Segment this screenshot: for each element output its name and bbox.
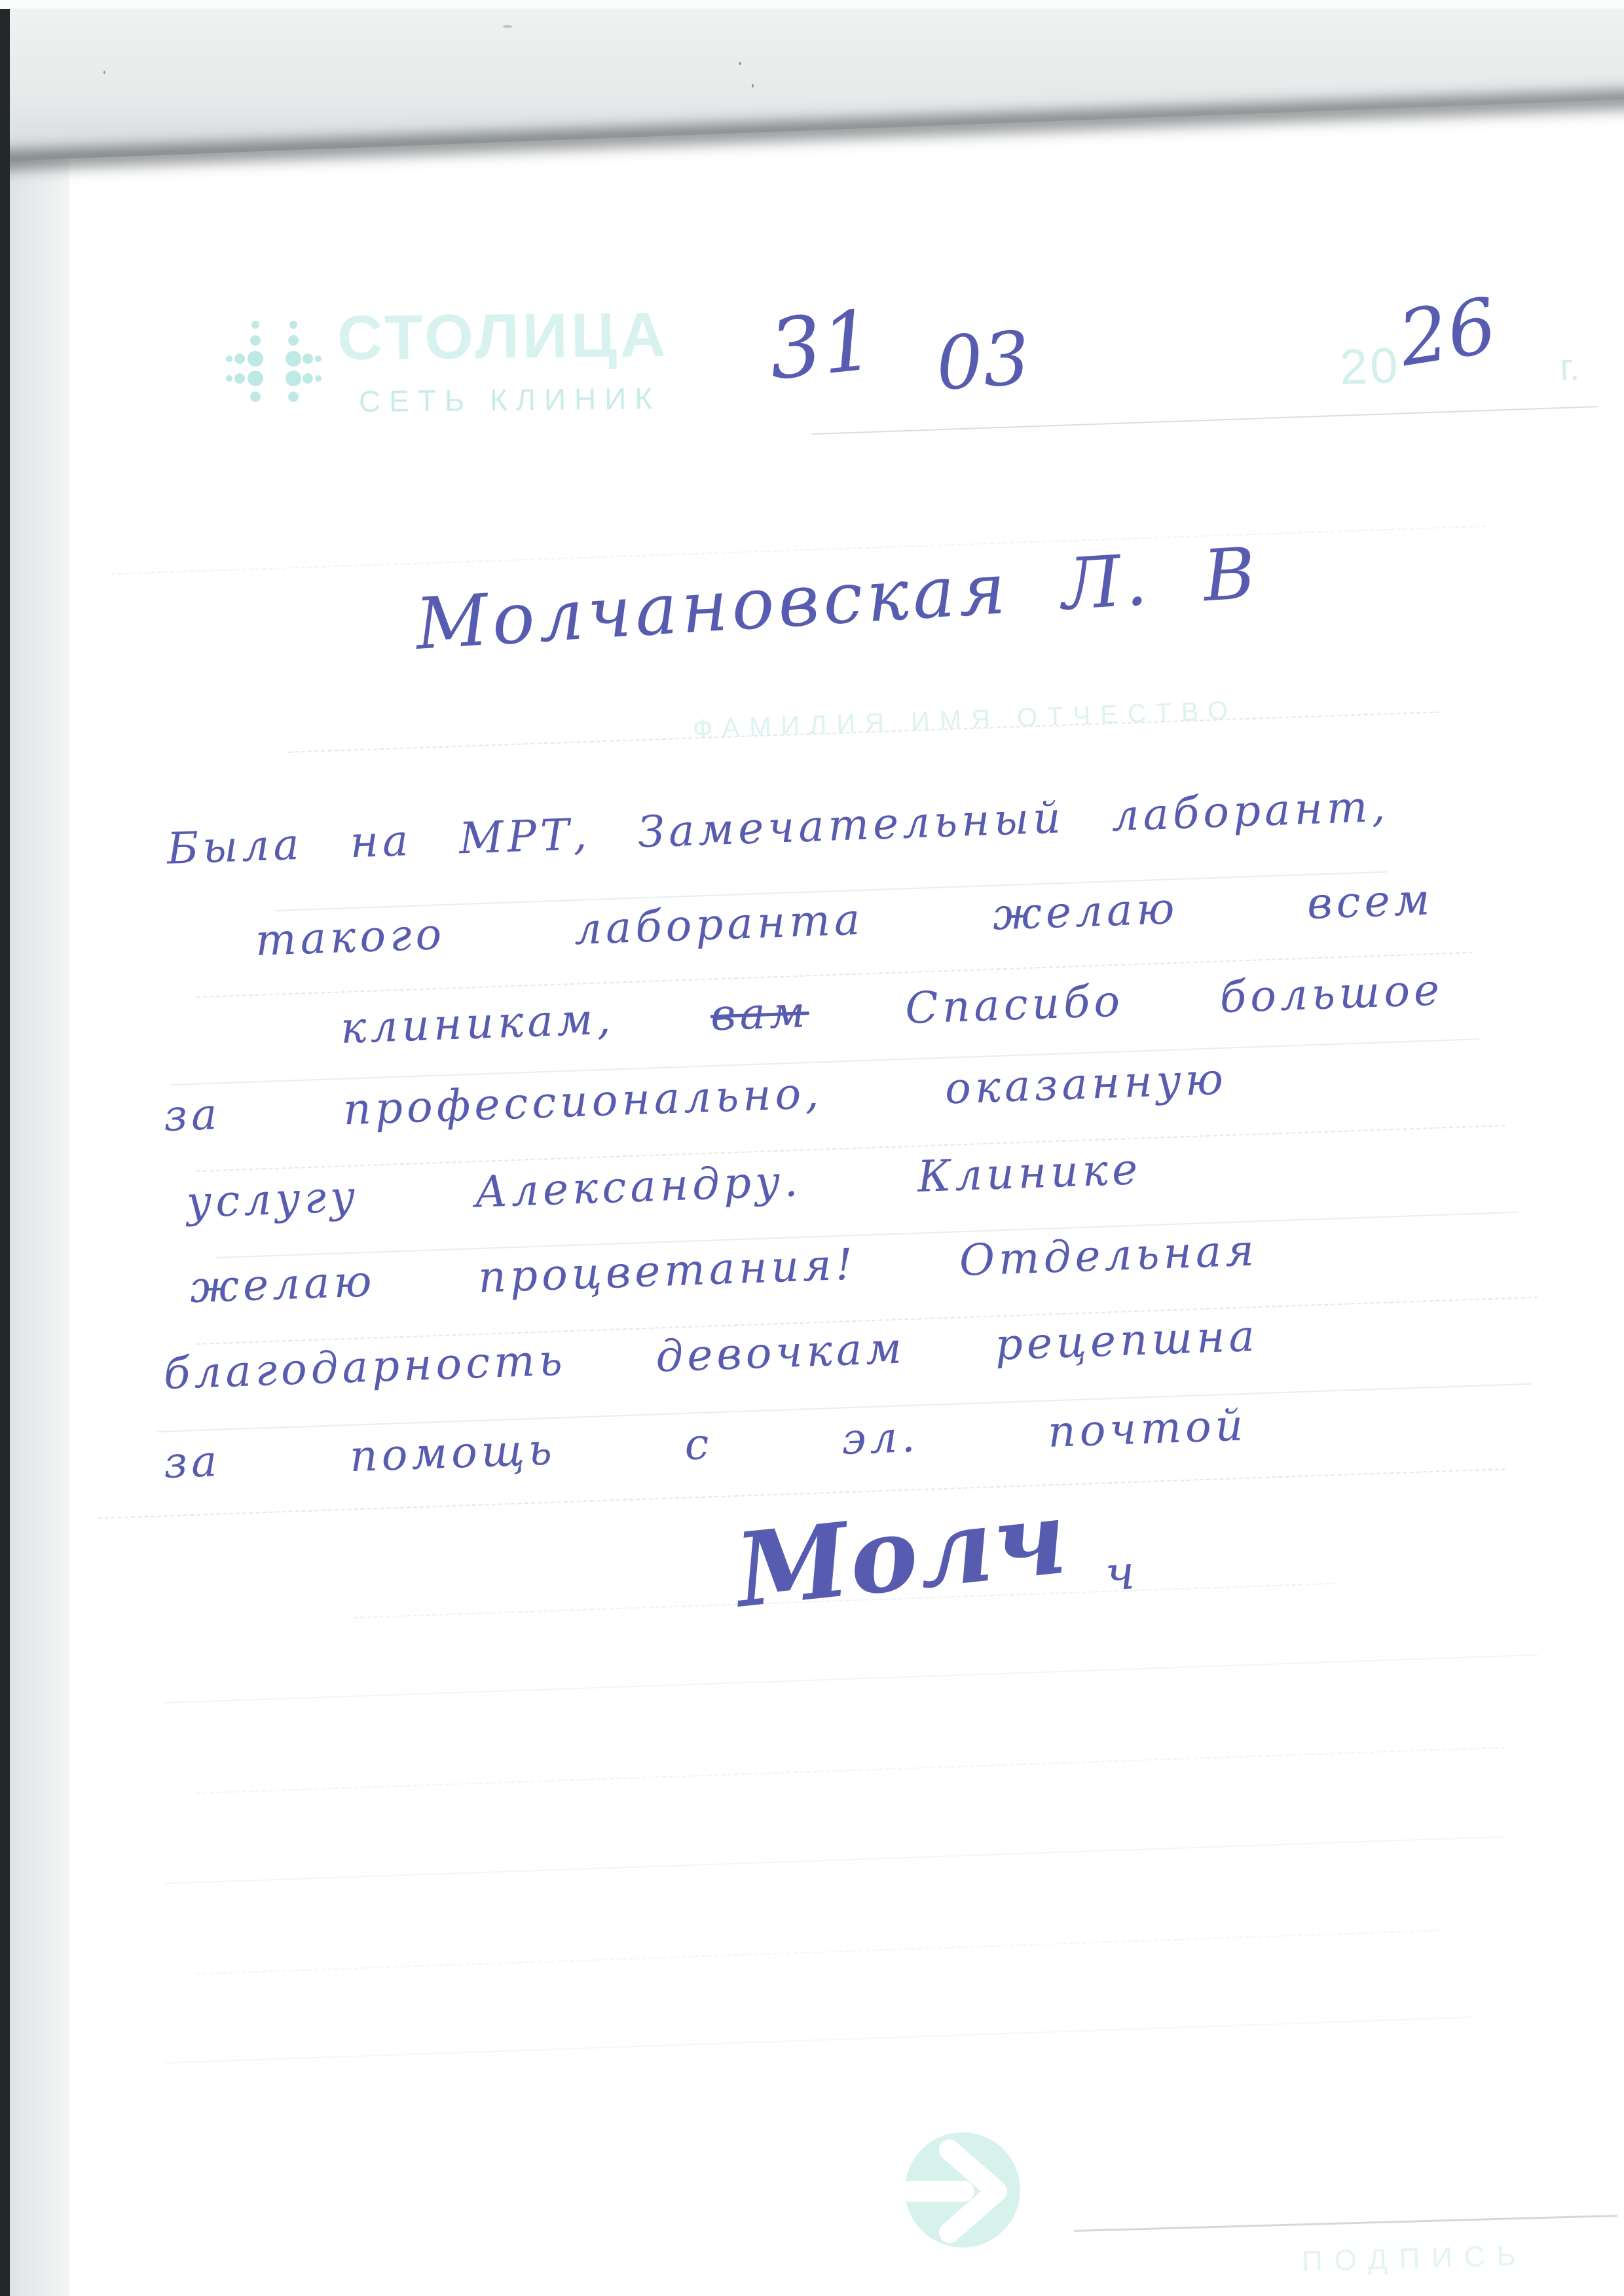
ruled-line xyxy=(164,1654,1538,1704)
brand-dots-cross-icon xyxy=(221,313,326,411)
scanner-lid-strip xyxy=(0,0,1624,9)
date-year-handwritten: 26 xyxy=(1393,282,1502,384)
scan-speckle xyxy=(103,71,105,74)
ruled-line xyxy=(164,1836,1505,1884)
review-line: благодарность девочкам рецепшна xyxy=(163,1311,1259,1399)
scan-dark-edge xyxy=(0,9,10,2296)
review-line-part: Спасибо большое xyxy=(904,964,1444,1034)
review-line-part: клиникам, xyxy=(340,993,616,1053)
scan-speckle xyxy=(503,25,512,28)
scan-speckle xyxy=(752,84,754,88)
patient-name-handwritten: Молчановская Л. В xyxy=(413,532,1262,666)
scanned-feedback-form: { "header": { "brand": "СТОЛИЦА", "brand… xyxy=(0,0,1624,2296)
brand-subtitle: СЕТЬ КЛИНИК xyxy=(359,380,661,419)
signature-line xyxy=(1074,2215,1617,2232)
review-line: Была на МРТ, Замечательный лаборант, xyxy=(166,781,1390,874)
date-era-label: г. xyxy=(1559,345,1581,390)
ruled-line xyxy=(196,1747,1505,1794)
date-year-prefix: 20 xyxy=(1338,337,1401,396)
arrow-right-circle-icon xyxy=(898,2129,1029,2253)
ruled-line xyxy=(164,2016,1473,2064)
review-line: клиникам, вам Спасибо большое xyxy=(340,964,1445,1053)
signature-mark: ч xyxy=(1103,1544,1137,1601)
ruled-line xyxy=(196,1930,1440,1975)
signature-field-label: ПОДПИСЬ xyxy=(1301,2239,1528,2278)
review-line: желаю процветания! Отдельная xyxy=(189,1225,1259,1313)
scan-speckle xyxy=(739,62,741,65)
signature-scribble: Молч xyxy=(730,1476,1073,1630)
scanner-bed-left-margin xyxy=(0,0,69,2296)
brand-title: СТОЛИЦА xyxy=(337,299,669,374)
review-line: услугу Александру. Клинике xyxy=(186,1144,1143,1228)
ruled-line xyxy=(812,406,1597,435)
date-month-handwritten: 03 xyxy=(933,316,1032,407)
strikethrough-word: вам xyxy=(710,987,810,1040)
name-field-label: ФАМИЛИЯ ИМЯ ОТЧЕСТВО xyxy=(692,696,1238,744)
date-day-handwritten: 31 xyxy=(764,292,879,399)
review-line: такого лаборанта желаю всем xyxy=(255,874,1435,966)
